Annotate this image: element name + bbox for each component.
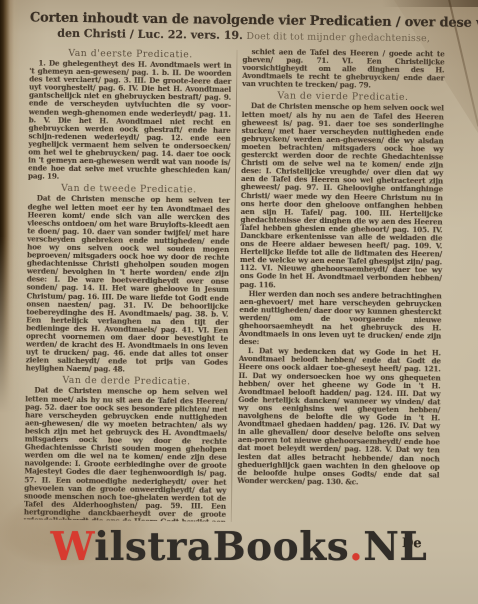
text-columns: Van d'eerste Predicatie.1. De ghelegenth… <box>24 45 458 524</box>
page-header: Corten inhoudt van de navolgende vier Pr… <box>30 10 458 44</box>
body-paragraph: Hier werden dan noch ses andere betracht… <box>239 290 442 349</box>
body-paragraph: schiet aen de Tafel des Heeren / goede a… <box>242 48 444 91</box>
column-divider-rule <box>231 50 238 522</box>
header-verse-reference: den Christi / Luc. 22. vers. 19. <box>57 27 243 42</box>
watermark-segment: W <box>51 524 95 570</box>
left-text-column: Van d'eerste Predicatie.1. De ghelegenth… <box>24 45 232 521</box>
header-verse-text: Doet dit tot mijnder ghedachtenisse, <box>246 31 430 44</box>
body-paragraph: Dat de Christen mensche op hem selven oo… <box>240 102 444 291</box>
body-paragraph: 1. De ghelegentheyt des H. Avondtmaels w… <box>28 59 231 183</box>
body-paragraph: Dat de Christen mensche op hem selven we… <box>24 387 228 525</box>
watermark-segment: NL <box>363 524 427 570</box>
body-paragraph: I. Dat wy bedencken dat wy Gode in het H… <box>237 347 441 487</box>
printed-page-content: Corten inhoudt van de navolgende vier Pr… <box>23 10 458 575</box>
watermark-segment: ilstraBooks <box>94 524 349 570</box>
book-spine-edge <box>0 0 20 430</box>
watermark-segment: . <box>349 524 363 570</box>
top-right-edge-shadow <box>382 0 478 7</box>
watermark: WilstraBooks.NL <box>0 524 478 570</box>
body-paragraph: Dat de Christen mensche op hem selven te… <box>26 195 230 376</box>
right-text-column: schiet aen de Tafel des Heeren / goede a… <box>237 48 445 524</box>
book-page-photo: Corten inhoudt van de navolgende vier Pr… <box>0 0 478 604</box>
